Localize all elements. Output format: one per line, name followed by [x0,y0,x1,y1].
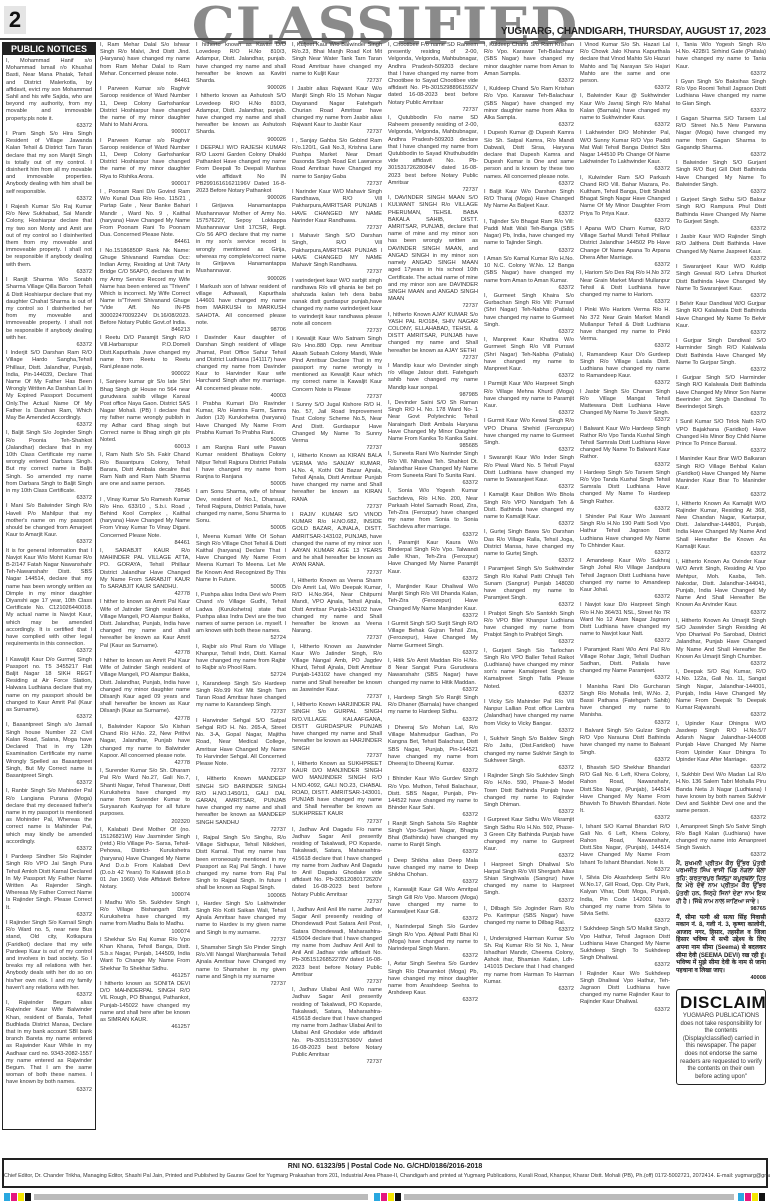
notice-code: 72737 [292,753,382,760]
classified-notice: I, Hitherto Known MANDEEP SINGH S/O BARI… [196,776,286,834]
notice-text: I, Hitherto Known as Veena Sharm D/o Amr… [292,578,382,636]
notice-text: I, Hitherto Known HARJINDER PAL SINGH S/… [292,702,382,752]
notice-text: I Dheeraj S/o Mohan Lal, R/o Village Mah… [388,725,478,768]
rni-line: RNI NO. 61323/95 | Postal Code No. G/CHD… [4,1163,766,1170]
classified-notice: I, Baljit Singh S/o Joginder Singh R/o P… [6,430,92,502]
classified-notice: I Dupesh Kumar @ Dupesh Kamra S/o Sh. Sa… [484,130,574,188]
notice-text: I, Paramjit Kaur Kaura W/o Binderpal Sin… [388,540,478,576]
classified-notice: I, Sukhvir Singh S/o Baldev Singh R/o Ja… [484,736,574,772]
classified-notice: I Prabjot Singh S/o Santokh Singh R/o VP… [484,611,574,647]
classified-notice: I Gurjpar Singh Dandiwal S/O Harminder S… [676,338,766,374]
notice-code: 63372 [6,123,92,130]
notice-text: I, Qutubbodin F/o name SD Raheem present… [388,115,478,187]
notice-text: I, Ranbir Singh S/o Mahinder Pal R/o Lan… [6,788,92,846]
notice-code: 42778 [100,760,190,767]
classified-notice: I Sukhdeep Singh S/O Malkit Singh, Vpo H… [580,926,670,969]
notice-text: I No.15186850P Rank Nk Name: Ghuge Shiva… [100,248,190,327]
registration-swatch [11,1193,17,1201]
classified-notice: I Girijavva Hanamantappa Mushannavar Mot… [196,203,286,282]
registration-swatch [25,1193,31,1201]
classified-notice: I Inderjit S/O Darshan Ram R/O Village H… [6,350,92,429]
classified-notice: I, Kuljeet Kaur W/o Balwinder Singh R/o.… [292,42,382,85]
classified-notice: I Gurmit Singh S/O Surjit Singh R/O Vill… [388,621,478,657]
notice-text: I Pinki W/o Hariom Verma R/o H. No 372 N… [580,307,670,343]
classified-notice: I Harpreet Singh Dhaliwal S/o Harpal Sin… [484,862,574,905]
notice-text: I Harpreet Singh Dhaliwal S/o Harpal Sin… [484,862,574,898]
notice-text: I, Kalabati Devi Mother Of (no. 15126821… [100,827,190,892]
notice-text: I Rajinder Singh S/o Karnail Singh R/o W… [6,920,92,992]
notice-code: 63372 [676,367,766,374]
disclaimer-heading: DISCLAIMER [680,993,762,1013]
notice-code: 72737 [292,1059,382,1066]
classified-notice: I, DAVINDER SINGH MAAN S/O KULWANT SINGH… [388,195,478,310]
classified-notice: I, Jadhav Anil Dagadu F/o name Jadhav Sa… [292,827,382,906]
notice-text: I, Amanpreet Singh S/o Satvir Singh R/o … [676,824,766,853]
notice-code: 63372 [580,166,670,173]
notice-text: I, Deepak S/O Raj Kumar, R/O H.No. 122a,… [676,669,766,712]
classified-notice: I, Hitherto Known as Jaswinder Kaur W/o … [292,644,382,702]
notice-text: I Balwant Kaur W/o Hardeep Singh Rathor … [580,426,670,462]
notice-text: I Apana W/O Charn Kumar, R/O Village Sar… [580,226,670,262]
notice-text: I, Hitherto Known As Ovinder Kaur W/O Am… [676,559,766,609]
notice-text: I hitherto known as Kavitri D/O Lovedeep… [196,42,286,85]
classified-notice: I Balwinder Singh S/O Gurjant Singh R/O … [676,160,766,196]
notice-text: I Gyan Singh S/o Baksihas Singh R/o Vpo … [676,79,766,108]
notice-text: I Mahavir Singh S/O Darshan Singh, R/O V… [292,233,382,269]
notice-text: I Kamaljit Kaur Dhillon W/o Bhola Singh … [484,492,574,521]
notice-code: 63372 [6,539,92,546]
classified-notice: I Shinder Pal Kaur W/o Jaswant Singh R/o… [580,514,670,557]
notice-text: I Sunil Kumar S/O Tirlok Nath R/O VPO Ba… [676,419,766,448]
classified-notice: I, Gurjant Singh S/o Tarlochan Singh R/o… [484,648,574,698]
notice-code: 63372 [676,108,766,115]
notice-text: I Gurmit Kaur W/o Kewal Singh R/o VPO Dh… [484,418,574,447]
notice-code: 63372 [580,218,670,225]
notice-text: I, Kulwinder Ram S/O Parkash Chand R/O V… [580,175,670,218]
column-4: I, Kuljeet Kaur W/o Balwinder Singh R/o.… [292,42,382,1130]
notice-code: 40008 [676,975,766,983]
notice-text: I Reetu D/O Paramjit Singh R/O Vill.Harb… [100,335,190,371]
notice-code: 63372 [388,532,478,539]
notice-text: I, SARABJIT KAUR R/o MAHINDER PAL VILLAG… [100,548,190,591]
notice-code: 63372 [484,853,574,860]
notice-code: 63372 [676,330,766,337]
notice-code: 63372 [580,962,670,969]
classified-notice: I, Hitherto Known HARJINDER PAL SINGH S/… [292,702,382,760]
classified-notice: I, Hitherto Known As Ovinder Kaur W/O Am… [676,559,766,617]
classified-notice: I, Hitherto Known as SUKHPREET KAUR D/O … [292,761,382,826]
notice-code: 63372 [6,269,92,276]
classified-notice: I Navjot kaur D/o Harpreet Singh R/o H.N… [580,602,670,645]
notice-code: 63372 [676,189,766,196]
notice-code: 72737 [292,328,382,335]
notice-code: 63372 [484,809,574,816]
classified-notice: I, Devinder Saini S/O Sh Raman Singh R/O… [388,400,478,450]
notice-code: 63372 [484,728,574,735]
notice-code: 50005 [196,525,286,532]
notice-code: 72737 [292,504,382,511]
notice-text: I, Gurmeet Singh Khaira S/o Gurbachan Si… [484,293,574,329]
notice-code: 63372 [580,815,670,822]
notice-code: 63372 [388,997,478,1004]
classified-notice: I, Hardev Singh S/o Lakhwinder Singh R/o… [196,901,286,944]
notice-code: 63372 [388,480,478,487]
notice-code: 63372 [580,299,670,306]
classified-notice: I, Rajpal Singh S/o Singhu, R/o Village … [196,835,286,900]
notice-code: 63372 [484,122,574,129]
notice-text: I, Hitherto Known As Umarjit Singh S/O J… [676,618,766,661]
registration-swatch [395,1193,401,1201]
notice-code: 42778 [100,591,190,598]
registration-swatch [759,1193,765,1201]
notice-code: 846213 [100,327,190,334]
notice-code: 63372 [484,410,574,417]
notice-code: 50005 [196,481,286,488]
registration-swatch [752,1193,758,1201]
classified-notice: I Reetu D/O Paramjit Singh R/O Vill.Harb… [100,335,190,378]
classified-notice: I, Qutubbodin F/o name SD Raheem present… [388,115,478,194]
notice-text: I Davinder Kaur daughter of Darshan Sing… [196,335,286,393]
classified-notice: I, Ram Nath S/o Sh. Fakir Chand R/o Basa… [100,452,190,495]
column-3: I hitherto known as Kavitri D/O Lovedeep… [196,42,286,1130]
classified-notice: I, Hitik S/o Amit Maddan R/o H.No. 8 Nea… [388,658,478,694]
notice-text: I, Sukhbir Devi W/o Madan Lal R/o H.No. … [676,772,766,815]
notice-text: I Swaranjeet Kaur W/O Kuldip Singh Grewa… [676,264,766,293]
classified-notice: I hitherto known as Ashutosh S/O Lovedee… [196,93,286,143]
page-header: 2 CLASSIFIED YUGMARG, CHANDIGARH, THURSD… [0,0,770,42]
notice-text: I DEEPALI W/O RAJESH KUMAR R/O Laxmi Gar… [196,145,286,195]
notice-code: 84461 [100,540,190,547]
classified-notice: I, Jadhav Anil Anil life name Jadhav Sag… [292,907,382,986]
notice-text: ਮੈਂ, ਸੁਖਮਨੀ ਪ੍ਰੀਤਮ ਕੌਰ ਉੱਭਰ ਪੁੱਤਰੀ ਪਰਮਜੀ… [676,861,766,907]
notice-code: 63372 [6,714,92,721]
notice-code: 900026 [196,137,286,144]
classified-notice: I, Balwinder Kapoor S/o Kishan Chand R/o… [100,724,190,767]
notice-text: I Parveen Kumar s/o Raghvir Saroop resid… [100,138,190,181]
classified-notice: I, Hitherto Known As Kamaljit W/O Rajind… [676,501,766,559]
notice-code: 63372 [388,768,478,775]
notice-code: 63372 [388,953,478,960]
notice-code: 63372 [676,852,766,859]
notice-text: I Parmijit Kaur W/o Harpreet Singh R/o V… [484,381,574,410]
notice-text: I, Hardev Singh S/o Lakhwinder Singh R/o… [196,901,286,937]
classified-notice: I Paramjeet Singh S/o Sukhwinder Singh R… [484,566,574,609]
notice-text: I Pardeep Sindher S/o Rajinder Singh R/o… [6,854,92,912]
notice-code: 63372 [676,293,766,300]
notice-text: I, Hitherto Known as KIRAN BALA VERMA W/… [292,453,382,503]
classified-notice: I Parveen Kumar s/o Raghvir Saroop resid… [100,86,190,136]
notice-text: I Prabha Kumari D/o Ravinder Kumar, R/o … [196,401,286,437]
notice-code: 63372 [580,85,670,92]
notice-code: 63372 [484,691,574,698]
notice-text: I, Suneeta Rani W/o Narinder Singh R/o V… [388,451,478,480]
notice-text: I, Surender Kumar S/o Sh. Dharam Pal R/o… [100,768,190,818]
notice-text: I Prabjot Singh S/o Santokh Singh R/o VP… [484,611,574,640]
notice-text: I Mani S/o Balwinder Singh R/o Haveli P/… [6,503,92,539]
notice-code: 63372 [676,551,766,558]
notice-text: I, Hariom S/o Des Raj R/o H.No 372 Near … [580,270,670,299]
classified-notice: I, Chootibee F/o name SD Raheem presentl… [388,42,478,114]
notice-code: 985685 [388,443,478,450]
disclaimer-text: YUGMARG PUBLICATIONS does not take respo… [680,1013,762,1081]
header-rule [0,38,770,40]
notice-code: 63372 [580,638,670,645]
notice-text: I Gurjpar Singh Dandiwal S/O Harminder S… [676,338,766,367]
classified-notice: I, Kanwaljit Kaur Gill W/o Amritpal Sing… [388,887,478,923]
notice-text: I, Sukhvir Singh S/o Baldev Singh R/o Ja… [484,736,574,765]
regional-language-notice: ਮੈਂ, ਸੁਖਮਨੀ ਪ੍ਰੀਤਮ ਕੌਰ ਉੱਭਰ ਪੁੱਤਰੀ ਪਰਮਜੀ… [676,861,766,914]
classified-notice: I, Undersigned Harman Kumar S/o Sh. Raj … [484,936,574,994]
column-2: I, Ram Mehar Dalal S/o Ishwar Singh R/o … [100,42,190,1130]
classified-notice: I , Sanjay Gahba S/o Gobind Ram R/o.120/… [292,138,382,188]
classified-notice: I, Silvia D/o Akashdeep Sethi R/o W.No.1… [580,875,670,925]
classified-notice: I, Gurmeet Singh Khaira S/o Gurbachan Si… [484,293,574,336]
notice-code: 72737 [292,819,382,826]
classified-notice: I, Kalabati Devi Mother Of (no. 15126821… [100,827,190,899]
notice-text: I Gurmit Singh S/O Surjit Singh R/O Vill… [388,621,478,650]
notice-text: I Jasbir alias Rajwant Kaur W/o Manjit S… [292,86,382,129]
notice-code: 63372 [484,373,574,380]
notice-code: 100074 [100,929,190,936]
notice-text: I Ranjit Singh Sahota S/o Raghbir Singh … [388,821,478,850]
dateline: YUGMARG, CHANDIGARH, THURSDAY, AUGUST 17… [501,26,766,37]
classified-notice: I Mahavir Singh S/O Darshan Singh, R/O V… [292,233,382,276]
notice-code: 63372 [6,846,92,853]
classified-notice: I Swaranjit Kaur W/o Inder Singh R/o Piw… [484,455,574,491]
classified-notice: I, Kuldeep Chand S/o Ram Krishan R/o Vpo… [484,42,574,85]
notice-code: 72737 [196,709,286,716]
notice-text: I Madhu W/o Sh. Sukhdev Singh R/o Villag… [100,900,190,929]
notice-text: It is for general information that I Nav… [6,548,92,649]
notice-code: 72737 [196,827,286,834]
notice-code: 63372 [484,765,574,772]
classified-notice: I Rajinder Singh S/o Sukhdev Singh R/o H… [484,773,574,816]
notice-text: I Mandip kaur w/o Devinder singh r/o vil… [388,363,478,392]
classified-notice: I, Amanpreet Singh S/o Satvir Singh R/o … [676,824,766,860]
notice-text: I, DAVINDER SINGH MAAN S/O KULWANT SINGH… [388,195,478,303]
notice-text: I Pram Singh S/o Hira Singh Resident of … [6,131,92,196]
notice-text: I, Dilbagh S/o Joginder Ram R/o Po. Kari… [484,906,574,928]
registration-swatch [738,1193,744,1201]
notice-code: 63372 [388,613,478,620]
notice-code: 900026 [196,276,286,283]
notice-text: I hitherto known as SONITA DEVI D/O MAHN… [100,981,190,1024]
notice-code: 72737 [292,635,382,642]
classified-notice: I, Paramjit Kaur Kaura W/o Binderpal Sin… [388,540,478,583]
notice-text: I Rajesh Kumar S/o Raj Kumar R/o New Suk… [6,204,92,269]
classified-notice: I, Kulwinder Ram S/O Parkash Chand R/O V… [580,175,670,225]
classified-columns: PUBLIC NOTICESI, Mohammad Hanif s/o Moha… [2,42,768,1130]
notice-text: I Sukhdeep Singh S/O Malkit Singh, Vpo H… [580,926,670,962]
registration-gray-bar [34,1194,368,1200]
notice-text: I Bhinder Kaur W/o Gurdev Singh R/o Vpo.… [388,776,478,812]
classified-notice: I, Sanjeev kumar gir S/o late Shri Bhag … [100,379,190,451]
notice-text: I Shekhar S/o Raj Kumar R/o Vpo Khan Kha… [100,937,190,973]
notice-text: I, Shamsher Singh S/o Pinder Singh R/o.V… [196,945,286,981]
classified-notice: I , Vinay Kumar S/o Ramesh Kumar R/o Hno… [100,497,190,547]
notice-code: 900026 [196,195,286,202]
notice-text: I Narinder Kaur W/O Mahavir Singh Randha… [292,189,382,225]
classified-notice: I varinderjeet kaur W/O sarbjit singh ra… [292,278,382,336]
notice-text: I, Chootibee F/o name SD Raheem presentl… [388,42,478,107]
notice-text: I, Avtar Singh Seehra S/o Gurdev Singh R… [388,961,478,997]
notice-code: 52724 [196,635,286,642]
notice-code: 461257 [100,1024,190,1031]
section-heading: PUBLIC NOTICES [3,43,95,55]
notice-text: I, Gurjant Singh S/o Tarlochan Singh R/o… [484,648,574,691]
notice-text: I hither to known as Amrit Pal Kaur Wife… [100,599,190,649]
classified-notice: I, Sonia W/o Yogesh Kumar Sachdeva, R/o … [388,488,478,538]
notice-text: I, Gurtej Singh Bawa S/o Darshan Das R/o… [484,529,574,558]
column-1: PUBLIC NOTICESI, Mohammad Hanif s/o Moha… [2,42,96,1130]
notice-text: I , Vinay Kumar S/o Ramesh Kumar R/o Hno… [100,497,190,540]
notice-code: 63372 [388,576,478,583]
classified-notice: I Jasbir Singh S/o Chanan Singh R/o Vill… [580,389,670,425]
notice-code: 63372 [580,720,670,727]
classified-notice: I Jasbir alias Rajwant Kaur W/o Manjit S… [292,86,382,136]
notice-code: 72737 [292,445,382,452]
classified-notice: I Shekhar S/o Raj Kumar R/o Vpo Khan Kha… [100,937,190,980]
classified-notice: I No.15186850P Rank Nk Name: Ghuge Shiva… [100,248,190,334]
classified-notice: I, Tania W/o Yogesh Singh R/o H.No. 4228… [676,42,766,78]
regional-language-notice: मैं, सीमा पत्नी श्री सत्या सिंह निवासी म… [676,915,766,983]
notice-text: I Deep Shikha alias Deep Mala have chang… [388,858,478,880]
notice-text: I, Ram Mehar Dalal S/o Ishwar Singh R/o … [100,42,190,78]
notice-code: 72737 [292,181,382,188]
classified-notice: I hitherto known as Kavitri D/O Lovedeep… [196,42,286,92]
notice-code: 63372 [6,196,92,203]
notice-code: 987985 [388,392,478,399]
classified-notice: I, Ishant S/O Kamal Bhandari R/O Gali No… [580,824,670,874]
classified-notice: I Pardeep Sindher S/o Rajinder Singh R/o… [6,854,92,919]
classified-notice: I, Pushpa alias Indra Devi w/o Prem Chan… [196,592,286,642]
notice-text: I Gurpreet Kaur Sidhu W/o Vikramjit Sing… [484,817,574,853]
notice-code: 63372 [484,181,574,188]
classified-notice: I, Hitherto Known As Umarjit Singh S/O J… [676,618,766,668]
notice-code: 63372 [388,687,478,694]
notice-code: 63372 [484,248,574,255]
classified-notice: I Mani S/o Balwinder Singh R/o Haveli P/… [6,503,92,546]
registration-gray-bar [404,1194,734,1200]
notice-code: 63372 [484,78,574,85]
notice-text: I Gurjeet Singh Sidhu S/O Balour Singh R… [676,197,766,226]
classified-notice: I Gurjeet Singh Sidhu S/O Balour Singh R… [676,197,766,233]
notice-code: 100065 [196,893,286,900]
classified-notice: I, Tajinder S/o Bhagat Ram R/o Vill: Pad… [484,219,574,255]
notice-code: 72737 [388,303,478,310]
notice-code: 72737 [292,979,382,986]
classified-notice: I, Avtar Singh Seehra S/o Gurdev Singh R… [388,961,478,1004]
notice-text: I, Hitik S/o Amit Maddan R/o H.No. 8 Nea… [388,658,478,687]
classified-notice: I Davinder Kaur daughter of Darshan Sing… [196,335,286,400]
notice-code: 72737 [292,129,382,136]
classified-notice: I, Balwinder Kaur @ Sukhwinder Kaur W/o … [580,93,670,129]
classified-notice: I Maninder Kaur Brar W/O Balkaran Singh … [676,456,766,499]
classified-notice: I DEEPALI W/O RAJESH KUMAR R/O Laxmi Gar… [196,145,286,203]
notice-code: 63372 [580,550,670,557]
credits-line: Chief Editor, Dr. Chander Trikha, Managi… [4,1173,766,1179]
classified-notice: I Gurpreet Kaur Sidhu W/o Vikramjit Sing… [484,817,574,860]
classified-notice: I, Karandeep Singh S/o Hardeep Singh R/o… [196,681,286,717]
notice-code: 63372 [580,918,670,925]
notice-code: 63372 [484,927,574,934]
notice-text: I hitherto known as Ashutosh S/O Lovedee… [196,93,286,136]
notice-code: 63372 [388,916,478,923]
notice-code: 72737 [388,187,478,194]
classified-notice: I, Upinder Kaur Dhingra W/O Jasdeep Sing… [676,721,766,771]
notice-code: 63372 [580,262,670,269]
classified-notice: I, Manpreet Kaur Khattra W/o Gurmeet Sin… [484,337,574,380]
notice-text: I am Sonu Sharma, wife of Ishwar Dev, re… [196,489,286,525]
notice-text: I, Baljit Singh S/o Joginder Singh R/o P… [6,430,92,495]
notice-text: I Markush son of Ishwar resident of vill… [196,284,286,327]
classified-notice: I Rajesh Kumar S/o Raj Kumar R/o New Suk… [6,204,92,276]
notice-code: 72737 [196,768,286,775]
notice-text: I Baljit Kaur W/o Darshan Singh R/O Thar… [484,189,574,211]
classified-notice: I, Ramandeep Kaur D/o Gurdeep Singh R/o … [580,352,670,388]
classified-notice: I, Ranbir Singh S/o Mahinder Pal R/o Lan… [6,788,92,853]
notice-text: I RAJIV KUMAR S/O VINOD KUMAR R/o H.NO.6… [292,512,382,570]
classified-notice: I Jasbir Kaur W/O Rajinder Singh R/O Jal… [676,234,766,263]
notice-code: 63372 [676,712,766,719]
notice-code: 63372 [580,867,670,874]
notice-code: 63372 [484,329,574,336]
notice-code: 63372 [484,639,574,646]
notice-code: 63372 [388,812,478,819]
notice-text: I Navjot kaur D/o Harpreet Singh R/o H.N… [580,602,670,638]
classified-notice: I, hitherto Known AJAY KUMAR S/o YASH PA… [388,312,478,362]
registration-swatch [745,1193,751,1201]
notice-text: I Inderjit S/O Darshan Ram R/O Village H… [6,350,92,422]
notice-code: 72737 [292,570,382,577]
notice-text: I Paramjeet Singh S/o Sukhwinder Singh R… [484,566,574,602]
registration-swatch [4,1193,10,1201]
notice-code: 63372 [6,422,92,429]
classified-notice: I, Narinderpal Singh S/o Gurdev Singh R/… [388,924,478,960]
notice-text: I, Kuldeep Chand S/o Ram Krishan R/o Vpo… [484,42,574,78]
notice-text: I, Hitherto Known as SUKHPREET KAUR D/O … [292,761,382,819]
classified-notice: I Baljit Kaur W/o Darshan Singh R/O Thar… [484,189,574,218]
registration-swatch [374,1193,380,1201]
classified-notice: I, Shamsher Singh S/o Pinder Singh R/o.V… [196,945,286,988]
notice-code: 900017 [100,129,190,136]
notice-text: I Rajinder Singh S/o Sukhdev Singh R/o H… [484,773,574,809]
notice-text: I, Manpreet Kaur Khattra W/o Gurmeet Sin… [484,337,574,373]
notice-text: I, Pushpa alias Indra Devi w/o Prem Chan… [196,592,286,635]
notice-text: I Vinod Kumar S/o Sh. Hazari Lal R/o Cho… [580,42,670,85]
notice-text: I, Meena Kumari Wife Of Sohan Singh R/o … [196,534,286,584]
notice-code: 72737 [388,355,478,362]
notice-text: I Gagan Sharma S/O Tarsem Lal R/O Street… [676,116,766,152]
classified-notice: I Sunil Kumar S/O Tirlok Nath R/O VPO Ba… [676,419,766,455]
classified-notice: I Vinod Kumar S/o Sh. Hazari Lal R/o Cho… [580,42,670,92]
classified-notice: I, Suneeta Rani W/o Narinder Singh R/o V… [388,451,478,487]
notice-text: I, Jadhav Anil Dagadu F/o name Jadhav Sa… [292,827,382,899]
notice-text: I, Balwinder Kapoor S/o Kishan Chand R/o… [100,724,190,760]
notice-text: I Balwinder Singh S/O Gurjant Singh R/O … [676,160,766,189]
notice-code: 40003 [196,393,286,400]
notice-text: I hither to known as Amrit Pal Kaur Wife… [100,658,190,716]
classified-notice: I Ranjit Singh Sahota S/o Raghbir Singh … [388,821,478,857]
classified-notice: I, Mohammad Hanif s/o Mohammad Ismail r/… [6,58,92,130]
classified-notice: I Gurmit Kaur W/o Kewal Singh R/o VPO Dh… [484,418,574,454]
notice-code: 63372 [676,610,766,617]
notice-code: 63372 [580,506,670,513]
notice-code: 84461 [100,239,190,246]
notice-code: 63372 [484,211,574,218]
notice-text: I, Silvia D/o Akashdeep Sethi R/o W.No.1… [580,875,670,918]
classified-notice: I Amandeep Kaur W/o Sukhraj Singh Johal … [580,558,670,601]
